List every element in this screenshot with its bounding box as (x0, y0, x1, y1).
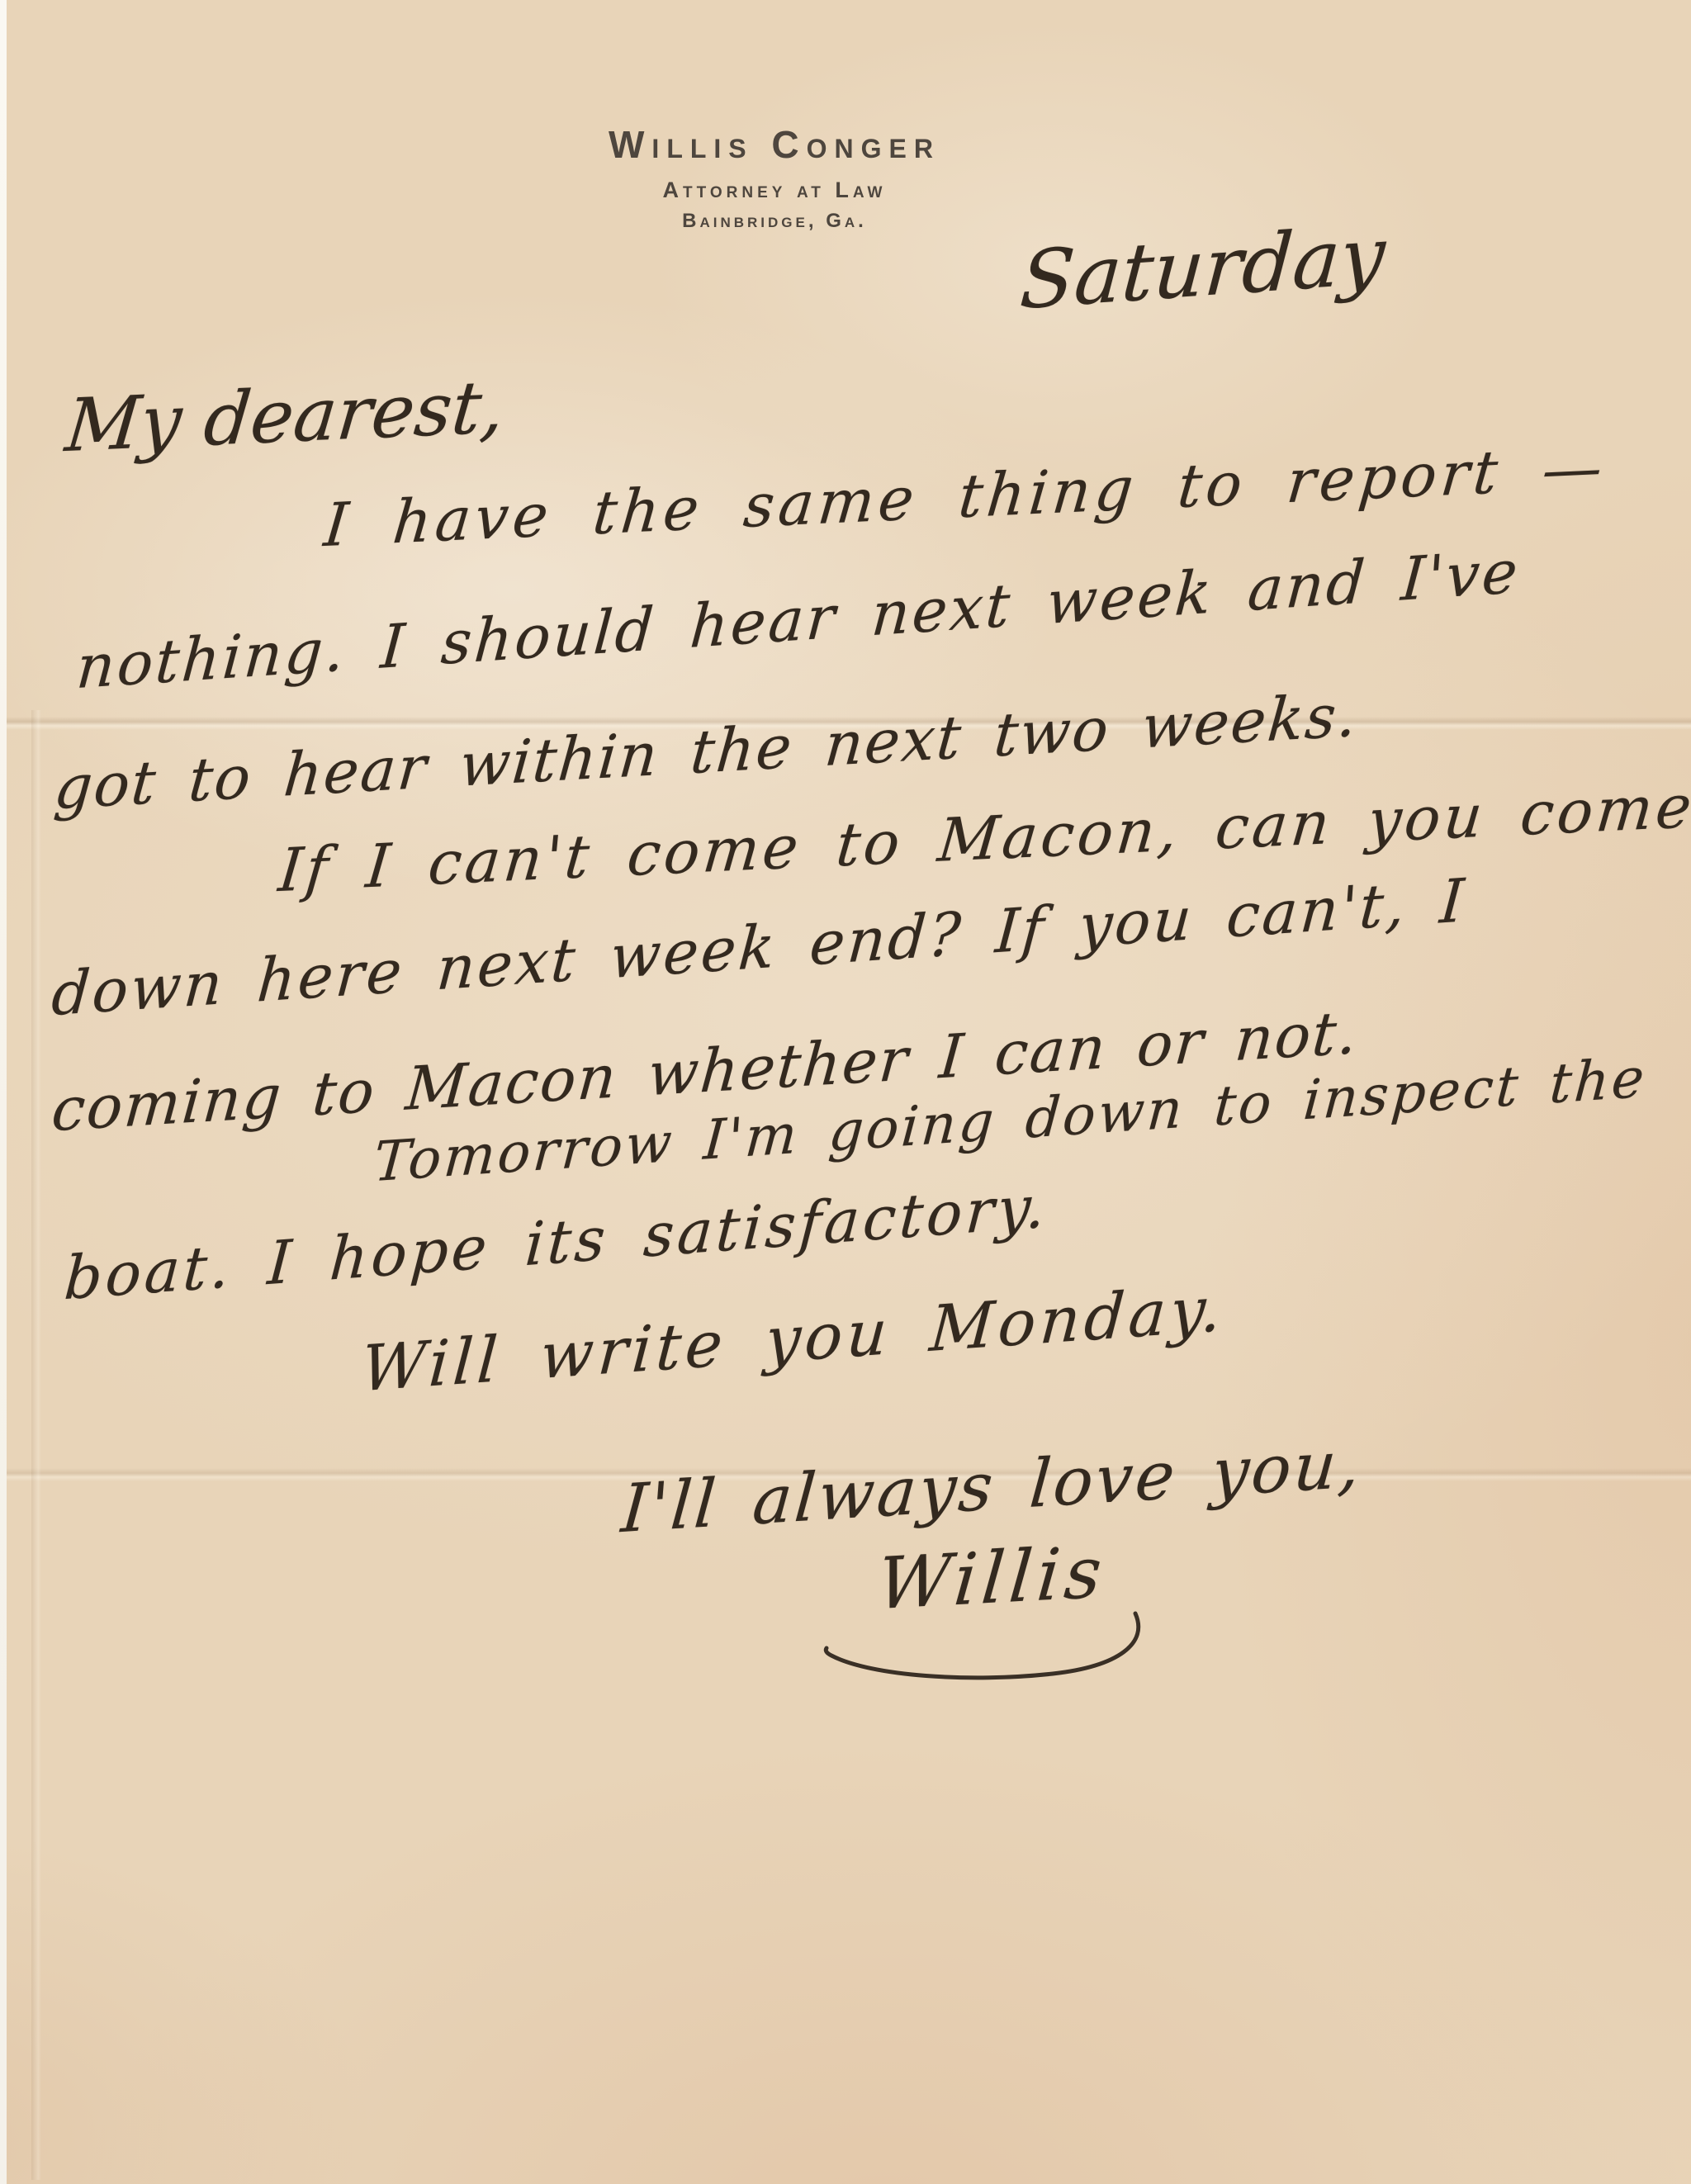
body-line: Will write you Monday. (359, 1277, 1227, 1401)
letter-date: Saturday (1018, 216, 1388, 321)
body-line: boat. I hope its satisfactory. (63, 1176, 1051, 1308)
letterhead-title: Attorney at Law (609, 178, 940, 203)
closing: I'll always love you, (619, 1431, 1365, 1542)
fold-crease-left (31, 710, 41, 2180)
letterhead-name: Willis Conger (609, 122, 940, 167)
body-line: down here next week end? If you can't, I (50, 870, 1468, 1024)
signature-flourish (820, 1608, 1150, 1691)
signature: Willis (874, 1537, 1109, 1620)
signature-flourish-stroke (826, 1613, 1138, 1678)
body-line: I have the same thing to report — (322, 437, 1609, 555)
letterhead-location: Bainbridge, Ga. (609, 210, 940, 233)
letterhead: Willis Conger Attorney at Law Bainbridge… (609, 122, 940, 233)
salutation: My dearest, (63, 371, 508, 463)
letter-page: Willis Conger Attorney at Law Bainbridge… (7, 0, 1691, 2184)
body-line: nothing. I should hear next week and I'v… (74, 542, 1522, 698)
